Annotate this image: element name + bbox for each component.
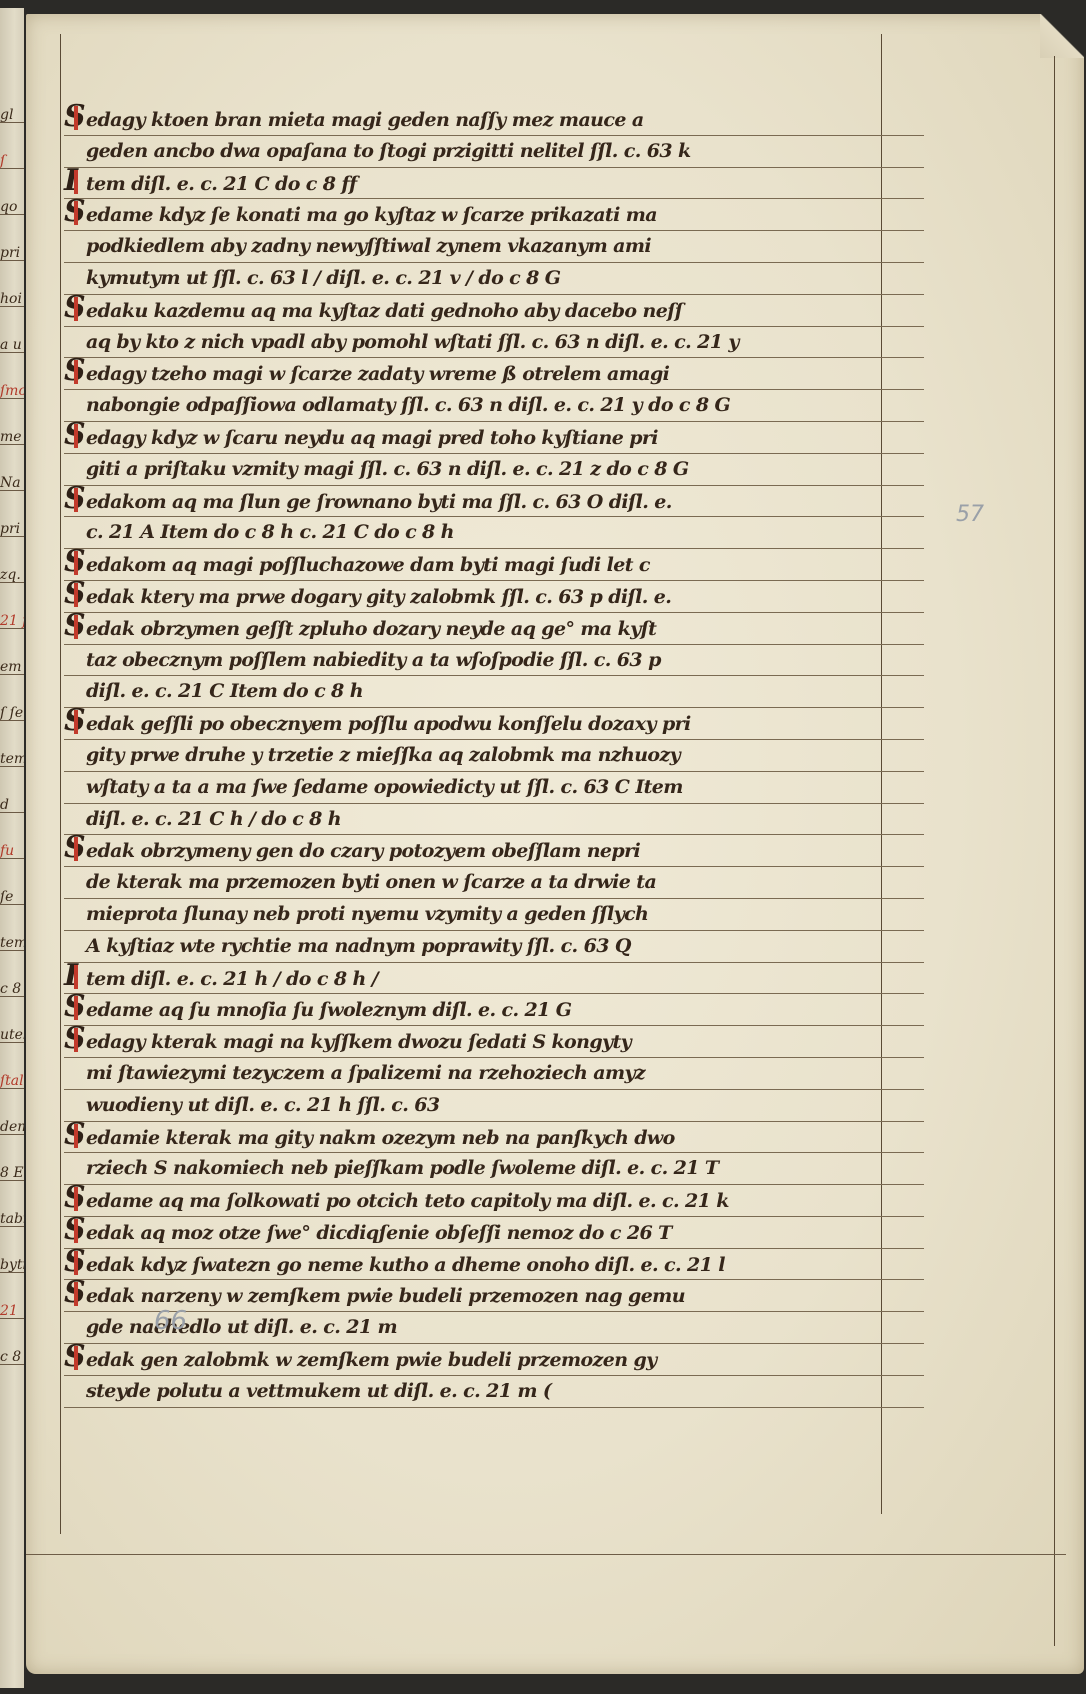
manuscript-line: Sedamie kterak ma gity nakm ozezym neb n…: [64, 1122, 924, 1154]
manuscript-line: giti a priſtaku vzmity magi ſſl. c. 63 n…: [64, 454, 924, 486]
manuscript-line: steyde polutu a vettmukem ut diſl. e. c.…: [64, 1376, 924, 1408]
line-text: edaku kazdemu aq ma kyſtaz dati gednoho …: [86, 300, 682, 322]
line-text: de kterak ma przemozen byti onen w ſcarz…: [86, 871, 656, 893]
rubricated-initial: S: [64, 358, 86, 384]
text-block: Sedagy ktoen bran mieta magi geden naſſy…: [64, 104, 924, 1408]
outer-frame-rule: [1054, 56, 1055, 1646]
line-text: diſl. e. c. 21 C h / do c 8 h: [86, 808, 341, 830]
manuscript-line: Sedak geſſli po obecznyem poſſlu apodwu …: [64, 708, 924, 740]
manuscript-line: Sedame aq ſu mnoſia ſu ſwoleznym diſl. e…: [64, 994, 924, 1026]
margin-fragment: Na: [0, 476, 24, 491]
line-text: edagy kdyz w ſcaru neydu aq magi pred to…: [86, 427, 658, 449]
line-text: edak obrzymen geſſt zpluho dozary neyde …: [86, 618, 656, 640]
line-text: edame kdyz ſe konati ma go kyſtaz w ſcar…: [86, 204, 657, 226]
rubricated-initial: S: [64, 486, 86, 512]
line-text: nabongie odpaſſiowa odlamaty ſſl. c. 63 …: [86, 394, 730, 416]
rubricated-initial: S: [64, 1344, 86, 1370]
line-text: geden ancbo dwa opaſana to ſtogi przigit…: [86, 140, 691, 162]
line-text: edagy ktoen bran mieta magi geden naſſy …: [86, 109, 644, 131]
line-text: edak geſſli po obecznyem poſſlu apodwu k…: [86, 713, 691, 735]
manuscript-line: de kterak ma przemozen byti onen w ſcarz…: [64, 867, 924, 899]
bottom-frame-rule: [26, 1554, 1066, 1555]
line-text: steyde polutu a vettmukem ut diſl. e. c.…: [86, 1380, 551, 1402]
manuscript-line: aq by kto z nich vpadl aby pomohl wſtati…: [64, 327, 924, 359]
rubricated-initial: S: [64, 549, 86, 575]
line-text: edak aq moz otze ſwe° dicdiqſenie obſeſſ…: [86, 1222, 672, 1244]
manuscript-line: kymutym ut ſſl. c. 63 l / diſl. e. c. 21…: [64, 263, 924, 295]
line-text: edamie kterak ma gity nakm ozezym neb na…: [86, 1127, 675, 1149]
margin-fragment: ſmo: [0, 384, 24, 399]
margin-fragment: me: [0, 430, 24, 445]
manuscript-line: A kyſtiaz wte rychtie ma nadnym poprawit…: [64, 931, 924, 963]
manuscript-line: Sedak kdyz ſwatezn go neme kutho a dheme…: [64, 1249, 924, 1281]
rubricated-initial: S: [64, 422, 86, 448]
line-text: gity prwe druhe y trzetie z mieſſka aq z…: [86, 744, 680, 766]
manuscript-line: Item diſl. e. c. 21 C do c 8 ff: [64, 168, 924, 200]
line-text: edagy tzeho magi w ſcarze zadaty wreme ß…: [86, 363, 669, 385]
rubricated-initial: S: [64, 613, 86, 639]
margin-fragment: tabi: [0, 1212, 24, 1227]
rubricated-initial: S: [64, 835, 86, 861]
line-text: edagy kterak magi na kyſſkem dwozu ſedat…: [86, 1031, 631, 1053]
manuscript-line: Sedak obrzymeny gen do czary potozyem ob…: [64, 835, 924, 867]
folded-corner: [1040, 14, 1084, 58]
manuscript-line: Sedak aq moz otze ſwe° dicdiqſenie obſeſ…: [64, 1217, 924, 1249]
line-text: diſl. e. c. 21 C Item do c 8 h: [86, 680, 363, 702]
manuscript-line: Sedagy kterak magi na kyſſkem dwozu ſeda…: [64, 1026, 924, 1058]
manuscript-line: wuodieny ut diſl. e. c. 21 h ſſl. c. 63: [64, 1090, 924, 1122]
manuscript-line: Sedakom aq magi poſſluchazowe dam byti m…: [64, 549, 924, 581]
manuscript-line: Sedakom aq ma ſlun ge ſrownano byti ma ſ…: [64, 486, 924, 518]
margin-fragment: hoi: [0, 292, 24, 307]
margin-fragment: em: [0, 660, 24, 675]
line-text: mi ſtawiezymi tezyczem a ſpalizemi na rz…: [86, 1062, 645, 1084]
manuscript-line: wſtaty a ta a ma ſwe ſedame opowiedicty …: [64, 772, 924, 804]
folio-number: 57: [956, 502, 984, 527]
line-text: tem diſl. e. c. 21 C do c 8 ff: [86, 173, 357, 195]
margin-fragment: ſ: [0, 154, 24, 169]
line-text: edame aq ma ſolkowati po otcich teto cap…: [86, 1190, 729, 1212]
margin-fragment: ſ ſe: [0, 706, 24, 721]
rubricated-initial: S: [64, 1122, 86, 1148]
manuscript-line: mieprota ſlunay neb proti nyemu vzymity …: [64, 899, 924, 931]
rubricated-initial: S: [64, 104, 86, 130]
manuscript-line: Sedak obrzymen geſſt zpluho dozary neyde…: [64, 613, 924, 645]
line-text: edak narzeny w zemſkem pwie budeli przem…: [86, 1285, 685, 1307]
left-frame-rule: [60, 34, 61, 1534]
adjacent-page-edge: glſqoprihoia uſmomeNaprizq.21 ſemſ ſetem…: [0, 8, 24, 1688]
manuscript-line: gity prwe druhe y trzetie z mieſſka aq z…: [64, 740, 924, 772]
manuscript-line: taz obecznym poſſlem nabiedity a ta wſoſ…: [64, 645, 924, 677]
manuscript-line: Item diſl. e. c. 21 h / do c 8 h /: [64, 963, 924, 995]
rubricated-initial: S: [64, 1249, 86, 1275]
line-text: mieprota ſlunay neb proti nyemu vzymity …: [86, 903, 648, 925]
margin-fragment: pri: [0, 522, 24, 537]
margin-fragment: ſe: [0, 890, 24, 905]
line-text: A kyſtiaz wte rychtie ma nadnym poprawit…: [86, 935, 631, 957]
margin-fragment: qo: [0, 200, 24, 215]
margin-fragment: 21: [0, 1304, 24, 1319]
manuscript-line: mi ſtawiezymi tezyczem a ſpalizemi na rz…: [64, 1058, 924, 1090]
rubricated-initial: S: [64, 994, 86, 1020]
margin-fragment: a u: [0, 338, 24, 353]
rubricated-initial: I: [64, 963, 86, 989]
line-text: edak kdyz ſwatezn go neme kutho a dheme …: [86, 1254, 725, 1276]
margin-fragment: c 8: [0, 1350, 24, 1365]
rubricated-initial: S: [64, 199, 86, 225]
line-text: gde nachedlo ut diſl. e. c. 21 m: [86, 1316, 397, 1338]
line-text: wſtaty a ta a ma ſwe ſedame opowiedicty …: [86, 776, 683, 798]
margin-fragment: d: [0, 798, 24, 813]
margin-fragment: 21 ſ: [0, 614, 24, 629]
margin-fragment: zq.: [0, 568, 24, 583]
manuscript-line: Sedak gen zalobmk w zemſkem pwie budeli …: [64, 1344, 924, 1376]
manuscript-line: Sedame aq ma ſolkowati po otcich teto ca…: [64, 1185, 924, 1217]
line-text: edame aq ſu mnoſia ſu ſwoleznym diſl. e.…: [86, 999, 571, 1021]
manuscript-line: diſl. e. c. 21 C Item do c 8 h: [64, 676, 924, 708]
pencil-number: 66: [154, 1306, 187, 1336]
line-text: edakom aq magi poſſluchazowe dam byti ma…: [86, 554, 650, 576]
manuscript-line: Sedak ktery ma prwe dogary gity zalobmk …: [64, 581, 924, 613]
margin-fragment: dem: [0, 1120, 24, 1135]
rubricated-initial: S: [64, 1217, 86, 1243]
line-text: c. 21 A Item do c 8 h c. 21 C do c 8 h: [86, 521, 454, 543]
line-text: kymutym ut ſſl. c. 63 l / diſl. e. c. 21…: [86, 267, 560, 289]
line-text: podkiedlem aby zadny newyſſtiwal zynem v…: [86, 235, 651, 257]
manuscript-line: Sedak narzeny w zemſkem pwie budeli prze…: [64, 1280, 924, 1312]
line-text: edakom aq ma ſlun ge ſrownano byti ma ſſ…: [86, 491, 672, 513]
rubricated-initial: S: [64, 295, 86, 321]
line-text: taz obecznym poſſlem nabiedity a ta wſoſ…: [86, 649, 661, 671]
manuscript-line: Sedagy kdyz w ſcaru neydu aq magi pred t…: [64, 422, 924, 454]
line-text: aq by kto z nich vpadl aby pomohl wſtati…: [86, 331, 739, 353]
rubricated-initial: S: [64, 708, 86, 734]
manuscript-line: Sedagy tzeho magi w ſcarze zadaty wreme …: [64, 358, 924, 390]
margin-fragment: pri: [0, 246, 24, 261]
margin-fragment: utel: [0, 1028, 24, 1043]
margin-fragment: fu: [0, 844, 24, 859]
manuscript-line: Sedagy ktoen bran mieta magi geden naſſy…: [64, 104, 924, 136]
manuscript-line: rziech S nakomiech neb pieſſkam podle ſw…: [64, 1153, 924, 1185]
manuscript-line: gde nachedlo ut diſl. e. c. 21 m: [64, 1312, 924, 1344]
manuscript-page: Sedagy ktoen bran mieta magi geden naſſy…: [26, 14, 1084, 1674]
line-text: edak gen zalobmk w zemſkem pwie budeli p…: [86, 1349, 657, 1371]
rubricated-initial: S: [64, 581, 86, 607]
margin-fragment: byti: [0, 1258, 24, 1273]
rubricated-initial: S: [64, 1280, 86, 1306]
rubricated-initial: S: [64, 1026, 86, 1052]
margin-fragment: ſtali: [0, 1074, 24, 1089]
line-text: rziech S nakomiech neb pieſſkam podle ſw…: [86, 1157, 718, 1179]
line-text: giti a priſtaku vzmity magi ſſl. c. 63 n…: [86, 458, 689, 480]
manuscript-line: podkiedlem aby zadny newyſſtiwal zynem v…: [64, 231, 924, 263]
line-text: edak obrzymeny gen do czary potozyem obe…: [86, 840, 640, 862]
manuscript-line: c. 21 A Item do c 8 h c. 21 C do c 8 h: [64, 517, 924, 549]
manuscript-line: geden ancbo dwa opaſana to ſtogi przigit…: [64, 136, 924, 168]
line-text: tem diſl. e. c. 21 h / do c 8 h /: [86, 968, 378, 990]
line-text: edak ktery ma prwe dogary gity zalobmk ſ…: [86, 586, 671, 608]
manuscript-line: Sedaku kazdemu aq ma kyſtaz dati gednoho…: [64, 295, 924, 327]
manuscript-line: Sedame kdyz ſe konati ma go kyſtaz w ſca…: [64, 199, 924, 231]
rubricated-initial: I: [64, 168, 86, 194]
manuscript-line: nabongie odpaſſiowa odlamaty ſſl. c. 63 …: [64, 390, 924, 422]
margin-fragment: 8 E: [0, 1166, 24, 1181]
line-text: wuodieny ut diſl. e. c. 21 h ſſl. c. 63: [86, 1094, 439, 1116]
manuscript-line: diſl. e. c. 21 C h / do c 8 h: [64, 804, 924, 836]
margin-fragment: c 8: [0, 982, 24, 997]
rubricated-initial: S: [64, 1185, 86, 1211]
margin-fragment: gl: [0, 108, 24, 123]
margin-fragment: tem: [0, 752, 24, 767]
margin-fragment: tem: [0, 936, 24, 951]
